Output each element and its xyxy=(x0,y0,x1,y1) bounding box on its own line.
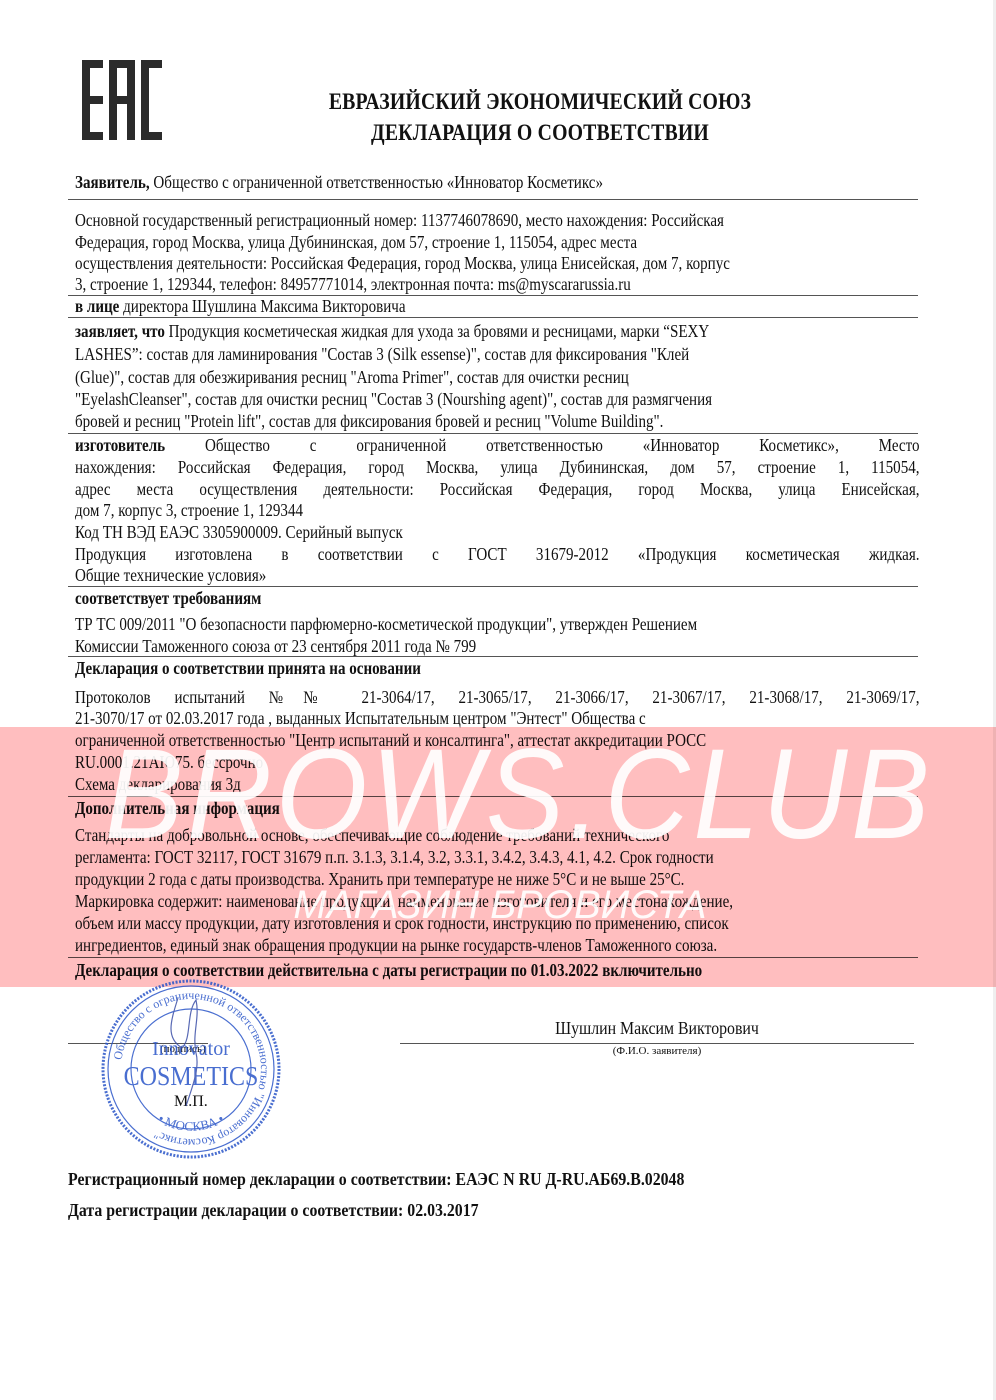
manufacturer-text: адрес места осуществления деятельности: … xyxy=(75,479,920,500)
manufacturer-line: изготовитель Общество с ограниченной отв… xyxy=(75,435,920,456)
declares-text: "EyelashCleanser", состав для очистки ре… xyxy=(75,389,802,410)
registration-date: Дата регистрации декларации о соответств… xyxy=(68,1199,479,1221)
applicant-name: Общество с ограниченной ответственностью… xyxy=(150,172,603,192)
standard-text: Продукция изготовлена в соответствии с Г… xyxy=(75,544,920,565)
declaration-scheme: Схема декларирования 3д xyxy=(75,774,802,795)
divider xyxy=(68,957,918,958)
registration-number: Регистрационный номер декларации о соотв… xyxy=(68,1168,684,1190)
applicant-line: Заявитель, Общество с ограниченной ответ… xyxy=(75,172,802,193)
basis-text: 21-3070/17 от 02.03.2017 года , выданных… xyxy=(75,708,802,729)
applicant-label: Заявитель, xyxy=(75,172,150,192)
manufacturer-text: нахождения: Российская Федерация, город … xyxy=(75,457,920,478)
name-line xyxy=(400,1043,914,1044)
applicant-detail: Федерация, город Москва, улица Дубининск… xyxy=(75,232,802,253)
additional-text: регламента: ГОСТ 32117, ГОСТ 31679 п.п. … xyxy=(75,847,802,868)
company-seal-icon: Общество с ограниченной ответственностью… xyxy=(100,978,282,1160)
conforms-text: ТР ТС 009/2011 "О безопасности парфюмерн… xyxy=(75,614,802,635)
svg-text:Innovator: Innovator xyxy=(152,1038,230,1060)
additional-text: продукции 2 года с даты производства. Хр… xyxy=(75,869,802,890)
applicant-detail: осуществления деятельности: Российская Ф… xyxy=(75,253,802,274)
divider xyxy=(68,317,918,318)
divider xyxy=(68,656,918,657)
svg-text:COSMETICS: COSMETICS xyxy=(124,1060,259,1091)
manufacturer-text: Общество с ограниченной ответственностью… xyxy=(165,435,919,455)
declares-line: заявляет, что Продукция косметическая жи… xyxy=(75,321,802,342)
additional-text: объем или массу продукции, дату изготовл… xyxy=(75,913,802,934)
declares-text: бровей и ресниц "Protein lift", состав д… xyxy=(75,411,802,432)
declares-label: заявляет, что xyxy=(75,321,165,341)
represented-line: в лице директора Шушлина Максима Викторо… xyxy=(75,296,802,317)
represented-label: в лице xyxy=(75,296,119,316)
standard-text: Общие технические условия» xyxy=(75,565,802,586)
conforms-text: Комиссии Таможенного союза от 23 сентябр… xyxy=(75,636,802,657)
additional-label: Дополнительная информация xyxy=(75,798,802,819)
manufacturer-text: дом 7, корпус 3, строение 1, 129344 xyxy=(75,500,802,521)
additional-text: Стандарты на добровольной основе, обеспе… xyxy=(75,825,802,846)
applicant-signatory-name: Шушлин Максим Викторович xyxy=(431,1018,883,1039)
divider xyxy=(68,796,918,797)
applicant-detail: 3, строение 1, 129344, телефон: 84957771… xyxy=(75,274,802,295)
name-caption: (Ф.И.О. заявителя) xyxy=(400,1045,914,1057)
conforms-label: соответствует требованиям xyxy=(75,588,802,609)
divider xyxy=(68,586,918,587)
applicant-detail: Основной государственный регистрационный… xyxy=(75,210,802,231)
title-declaration: ДЕКЛАРАЦИЯ О СООТВЕТСТВИИ xyxy=(295,117,785,148)
basis-text: Протоколов испытаний №№ 21-3064/17, 21-3… xyxy=(75,687,920,708)
declares-text: Продукция косметическая жидкая для ухода… xyxy=(165,321,709,341)
declares-text: LASHES”: состав для ламинирования "Соста… xyxy=(75,344,802,365)
basis-text: ограниченной ответственностью "Центр исп… xyxy=(75,730,802,751)
declares-text: (Glue)", состав для обезжиривания ресниц… xyxy=(75,367,802,388)
divider xyxy=(68,199,918,200)
hs-code: Код ТН ВЭД ЕАЭС 3305900009. Серийный вып… xyxy=(75,522,802,543)
title-union: ЕВРАЗИЙСКИЙ ЭКОНОМИЧЕСКИЙ СОЮЗ xyxy=(295,86,785,117)
eac-mark-icon xyxy=(82,60,162,140)
additional-text: ингредиентов, единый знак обращения прод… xyxy=(75,935,802,956)
svg-text:• МОСКВА •: • МОСКВА • xyxy=(156,1111,227,1134)
additional-text: Маркировка содержит: наименование продук… xyxy=(75,891,802,912)
divider xyxy=(68,433,918,434)
represented-by: директора Шушлина Максима Викторовича xyxy=(119,296,405,316)
basis-text: RU.0001.21АЮ75. бессрочно xyxy=(75,752,802,773)
basis-label: Декларация о соответствии принята на осн… xyxy=(75,658,802,679)
manufacturer-label: изготовитель xyxy=(75,435,165,455)
document-title: ЕВРАЗИЙСКИЙ ЭКОНОМИЧЕСКИЙ СОЮЗ ДЕКЛАРАЦИ… xyxy=(295,86,785,148)
